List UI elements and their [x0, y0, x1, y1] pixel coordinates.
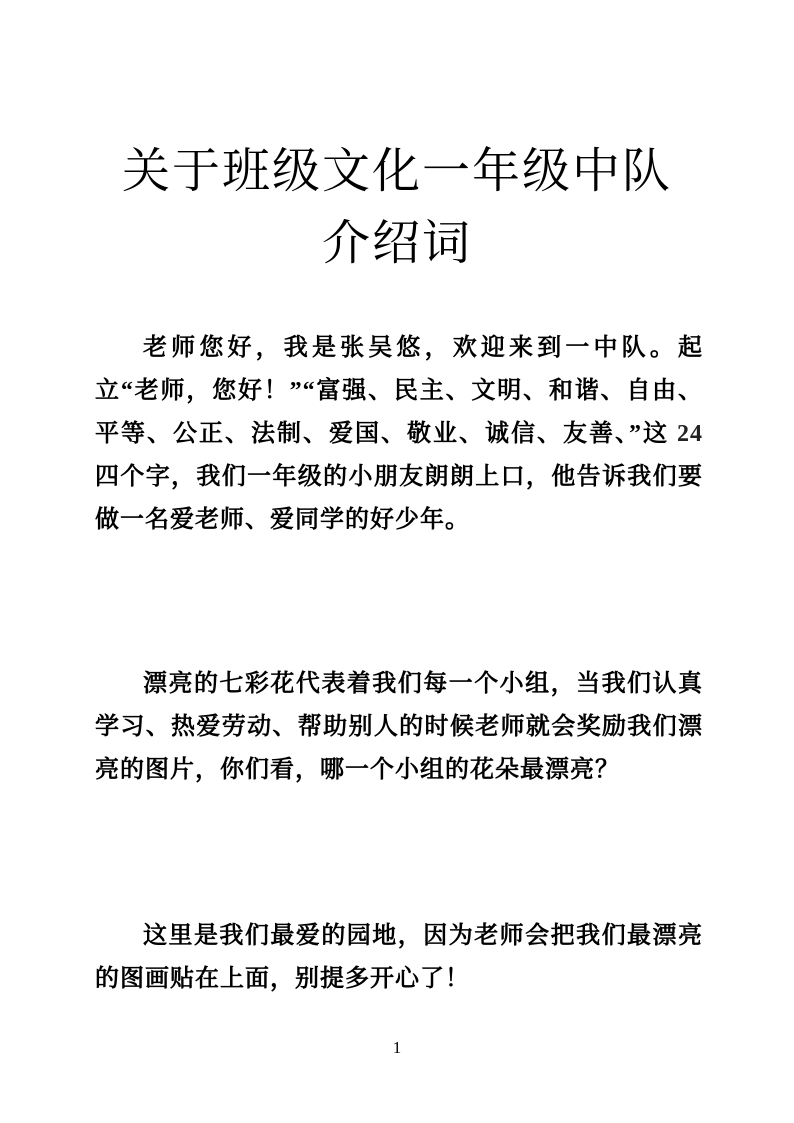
document-page: 关于班级文化一年级中队 介绍词 老师您好，我是张吴悠，欢迎来到一中队。起立“老师… — [0, 0, 794, 1123]
core-values-count: 24 — [677, 421, 703, 447]
paragraph-garden: 这里是我们最爱的园地，因为老师会把我们最漂亮的图画贴在上面，别提多开心了！ — [95, 915, 703, 1001]
document-title: 关于班级文化一年级中队 介绍词 — [0, 0, 794, 280]
paragraph-greeting: 老师您好，我是张吴悠，欢迎来到一中队。起立“老师，您好！”“富强、民主、文明、和… — [95, 327, 703, 542]
paragraph-greeting-text-before-number: 老师您好，我是张吴悠，欢迎来到一中队。起立“老师，您好！”“富强、民主、文明、和… — [95, 335, 703, 447]
title-line-1: 关于班级文化一年级中队 — [0, 136, 794, 208]
paragraph-flowers: 漂亮的七彩花代表着我们每一个小组，当我们认真学习、热爱劳动、帮助别人的时候老师就… — [95, 663, 703, 792]
title-line-2: 介绍词 — [0, 208, 794, 280]
page-number: 1 — [0, 1038, 794, 1058]
paragraph-greeting-text-after-number: 四个字，我们一年级的小朋友朗朗上口，他告诉我们要做一名爱老师、爱同学的好少年。 — [95, 464, 703, 533]
